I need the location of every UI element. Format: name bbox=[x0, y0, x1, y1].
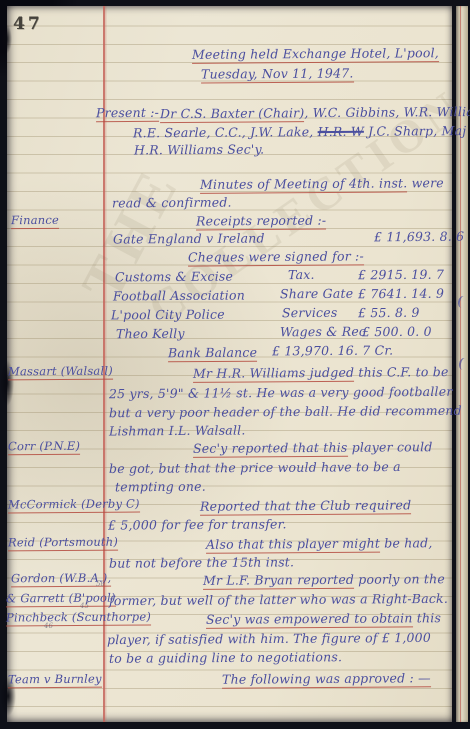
margin-label-massart: Massart (Walsall) bbox=[8, 364, 113, 379]
margin-label-team-v-burnley: Team v Burnley bbox=[8, 672, 102, 687]
cheque-purpose: Tax. bbox=[288, 268, 315, 282]
mccormick-line1-u: Reported that the Club required bbox=[200, 497, 411, 515]
minutes-line1: Minutes of Meeting of 4th. inst. were bbox=[200, 176, 444, 192]
margin-label-team-v-burnley-text: Team v Burnley bbox=[8, 672, 102, 688]
meeting-header-line1: Meeting held Exchange Hotel, L'pool, bbox=[192, 46, 439, 62]
cheque-payee: Customs & Excise bbox=[115, 270, 233, 285]
film-edge-blob bbox=[0, 24, 12, 54]
margin-note-gordon: 50 bbox=[96, 580, 105, 588]
margin-label-garrett: & Garrett (B'pool) bbox=[6, 591, 116, 606]
chairman-name: Dr C.S. Baxter (Chair) bbox=[160, 105, 305, 123]
receipt-name: Gate England v Ireland bbox=[113, 231, 265, 246]
present-line2: R.E. Searle, C.C., J.W. Lake, H.R. W J.C… bbox=[133, 124, 470, 141]
margin-label-corr: Corr (P.N.E) bbox=[8, 439, 80, 454]
cheque-payee: Theo Kelly bbox=[116, 327, 185, 341]
corr-line3: tempting one. bbox=[115, 480, 206, 495]
margin-label-finance: Finance bbox=[11, 213, 59, 227]
bank-balance-label-text: Bank Balance bbox=[168, 345, 257, 362]
mccormick-line2: £ 5,000 for fee for transfer. bbox=[108, 517, 287, 532]
burnley-line1: The following was approved : — bbox=[222, 671, 431, 686]
receipt-amount: £ 11,693. 8. 6 bbox=[374, 230, 464, 245]
meeting-header-line1-text: Meeting held Exchange Hotel, L'pool, bbox=[192, 45, 439, 63]
burnley-line1-u: The following was approved : — bbox=[222, 670, 431, 688]
corr-line1-rest: player could bbox=[347, 439, 432, 455]
margin-label-reid-text: Reid (Portsmouth) bbox=[8, 535, 118, 551]
cheque-purpose: Share Gate bbox=[280, 287, 353, 302]
present-line1: Dr C.S. Baxter (Chair), W.C. Gibbins, W.… bbox=[160, 105, 470, 121]
cheque-amount: £ 55. 8. 9 bbox=[358, 306, 420, 320]
cheque-payee: Football Association bbox=[113, 289, 245, 304]
present-label: Present :- bbox=[96, 106, 159, 120]
meeting-header-line2: Tuesday, Nov 11, 1947. bbox=[201, 66, 354, 81]
margin-label-pinchbeck-text: Pinchbeck (Scunthorpe) bbox=[6, 609, 151, 626]
massart-line1: Mr H.R. Williams judged this C.F. to be bbox=[193, 365, 449, 381]
gordon-line1-u: Mr L.F. Bryan reported bbox=[203, 572, 354, 590]
margin-label-corr-text: Corr (P.N.E) bbox=[8, 439, 80, 455]
cheque-amount: £ 2915. 19. 7 bbox=[358, 268, 444, 283]
scanned-minute-book-page: 47 THE COLLECTION Meeting held Exchange … bbox=[0, 0, 470, 729]
bank-balance-amount: £ 13,970. 16. 7 Cr. bbox=[272, 344, 393, 359]
cheque-purpose: Services bbox=[282, 306, 338, 320]
margin-label-garrett-text: & Garrett (B'pool) bbox=[6, 591, 116, 607]
margin-label-reid: Reid (Portsmouth) bbox=[8, 535, 118, 550]
minutes-line2: read & confirmed. bbox=[112, 196, 232, 211]
minutes-line1-rest: were bbox=[407, 175, 444, 190]
margin-label-mccormick-text: McCormick (Derby C) bbox=[8, 497, 140, 513]
margin-label-mccormick: McCormick (Derby C) bbox=[8, 497, 140, 512]
margin-label-massart-text: Massart (Walsall) bbox=[8, 364, 113, 380]
massart-line1-rest: this C.F. to be bbox=[354, 364, 448, 380]
margin-label-pinchbeck: Pinchbeck (Scunthorpe) bbox=[6, 609, 151, 624]
present-line2-post: J.C. Sharp, Maj R.A.O.C. bbox=[364, 123, 470, 139]
receipts-heading-text: Receipts reported :- bbox=[196, 213, 326, 230]
cheque-purpose: Wages & Rec bbox=[280, 325, 366, 340]
bank-balance-label: Bank Balance bbox=[168, 346, 257, 361]
pinchbeck-line1-u: Sec'y was empowered to obtain bbox=[206, 610, 413, 628]
reid-line1-u: Also that this player might bbox=[206, 536, 380, 554]
present-line1-rest: , W.C. Gibbins, W.R. Williams, bbox=[304, 104, 470, 120]
reid-line2: but not before the 15th inst. bbox=[109, 555, 294, 570]
pinchbeck-line3: to be a guiding line to negotiations. bbox=[109, 650, 342, 666]
minutes-heading: Minutes of Meeting of 4th. inst. bbox=[200, 175, 408, 193]
reid-line1-rest: be had, bbox=[380, 535, 433, 550]
present-label-text: Present :- bbox=[96, 105, 159, 122]
cheques-heading-text: Cheques were signed for :- bbox=[188, 248, 364, 266]
corr-line1-u: Sec'y reported that this bbox=[193, 440, 348, 458]
corr-line1: Sec'y reported that this player could bbox=[193, 440, 433, 456]
mccormick-line1: Reported that the Club required bbox=[200, 498, 411, 513]
massart-line3: but a very poor header of the ball. He d… bbox=[109, 404, 462, 420]
pinchbeck-line2: player, if satisfied with him. The figur… bbox=[107, 631, 431, 647]
margin-label-finance-text: Finance bbox=[11, 213, 59, 229]
cheques-heading: Cheques were signed for :- bbox=[188, 249, 364, 264]
present-line2-struck: H.R. W bbox=[318, 124, 364, 139]
cheque-payee: L'pool City Police bbox=[111, 308, 225, 323]
massart-line1-u: Mr H.R. Williams judged bbox=[193, 365, 354, 383]
margin-note-pinchbeck: 46 bbox=[44, 622, 53, 630]
gordon-line1: Mr L.F. Bryan reported poorly on the bbox=[203, 572, 445, 588]
margin-note-garrett: 45 bbox=[80, 602, 89, 610]
gordon-line2: former, but well of the latter who was a… bbox=[109, 592, 448, 608]
massart-line4: Lishman I.L. Walsall. bbox=[109, 424, 246, 439]
massart-line2: 25 yrs, 5'9" & 11½ st. He was a very goo… bbox=[109, 385, 453, 401]
meeting-header-line2-text: Tuesday, Nov 11, 1947. bbox=[201, 65, 354, 83]
corr-line2: be got, but that the price would have to… bbox=[109, 460, 401, 476]
cheque-amount: £ 500. 0. 0 bbox=[362, 325, 432, 339]
reid-line1: Also that this player might be had, bbox=[206, 536, 433, 552]
present-line3: H.R. Williams Sec'y. bbox=[134, 143, 264, 158]
pinchbeck-line1-rest: this bbox=[413, 610, 442, 625]
cheque-amount: £ 7641. 14. 9 bbox=[358, 287, 444, 302]
pinchbeck-line1: Sec'y was empowered to obtain this bbox=[206, 611, 441, 627]
folio-number: 47 bbox=[13, 14, 43, 34]
receipts-heading: Receipts reported :- bbox=[196, 214, 326, 229]
gordon-line1-rest: poorly on the bbox=[354, 571, 445, 587]
present-line2-pre: R.E. Searle, C.C., J.W. Lake, bbox=[133, 124, 318, 140]
